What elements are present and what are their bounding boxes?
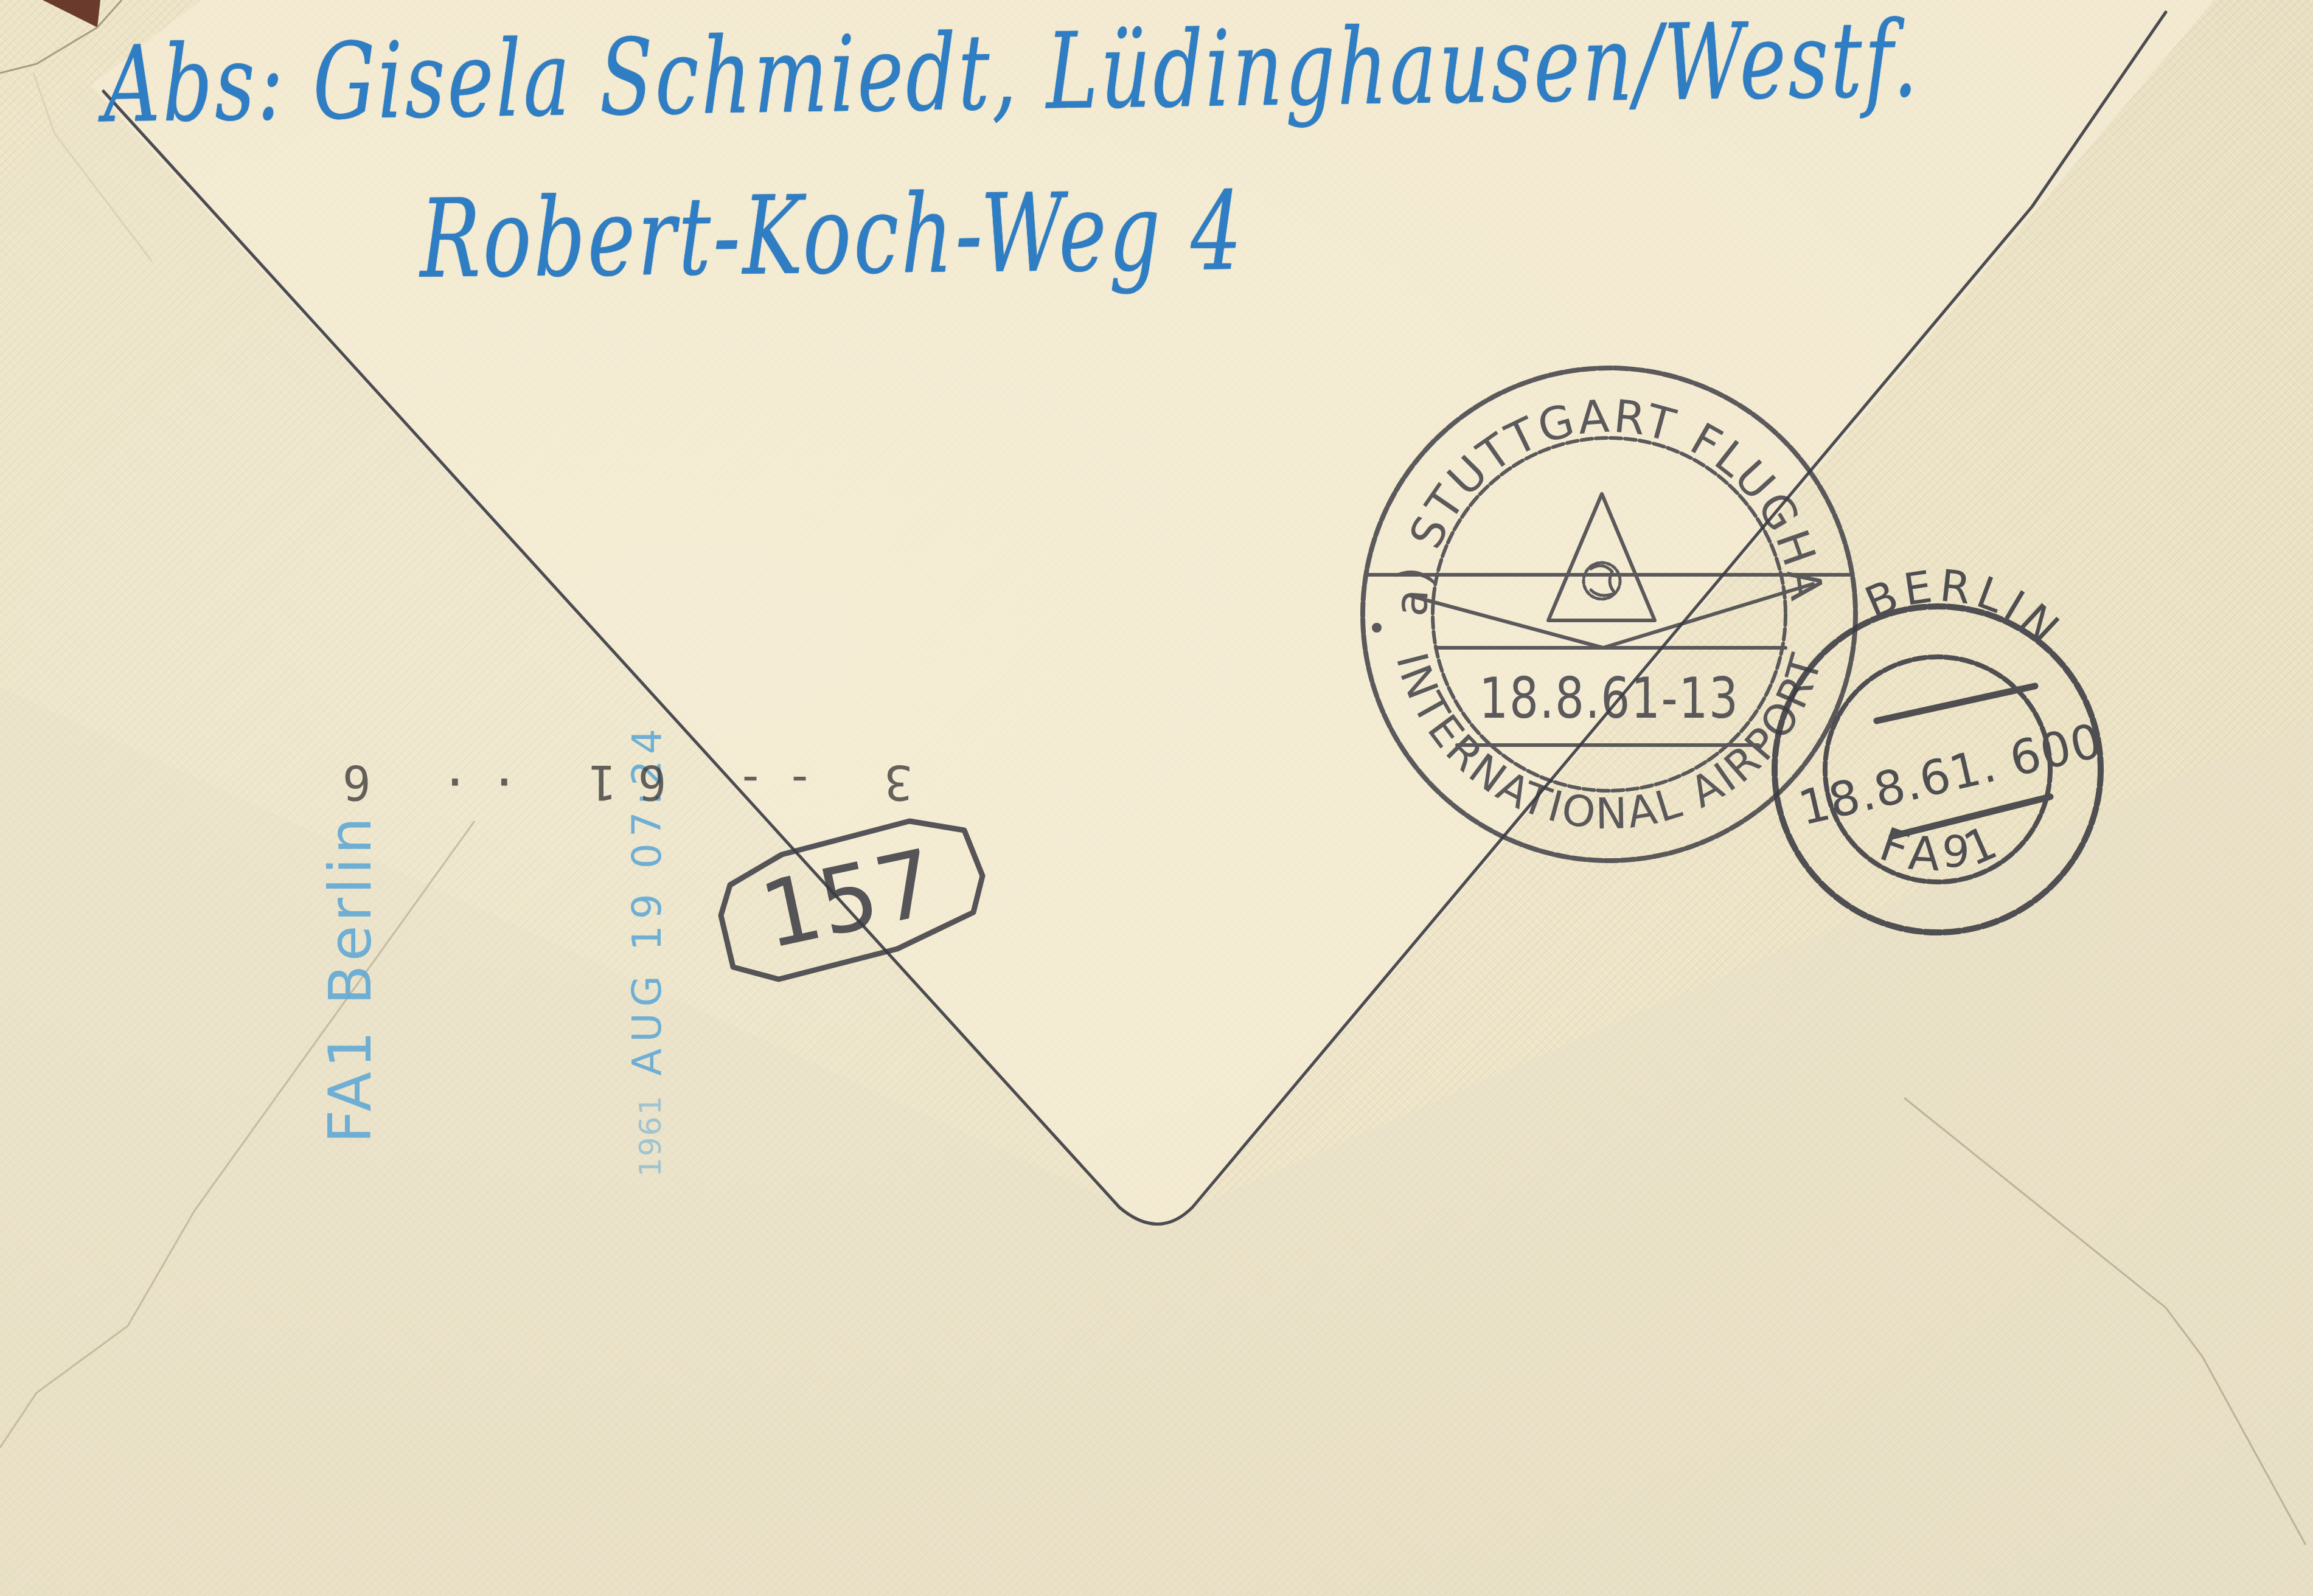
berlin-postmark: BERLIN 18.8.61. 600 9 FA 1 <box>0 0 2313 1596</box>
berlin-top-text: BERLIN <box>1858 560 2073 656</box>
svg-text:BERLIN: BERLIN <box>1858 560 2073 656</box>
envelope-back: Abs: Gisela Schmiedt, Lüdinghausen/Westf… <box>0 0 2313 1596</box>
berlin-date: 18.8.61. 600 <box>1793 713 2107 836</box>
